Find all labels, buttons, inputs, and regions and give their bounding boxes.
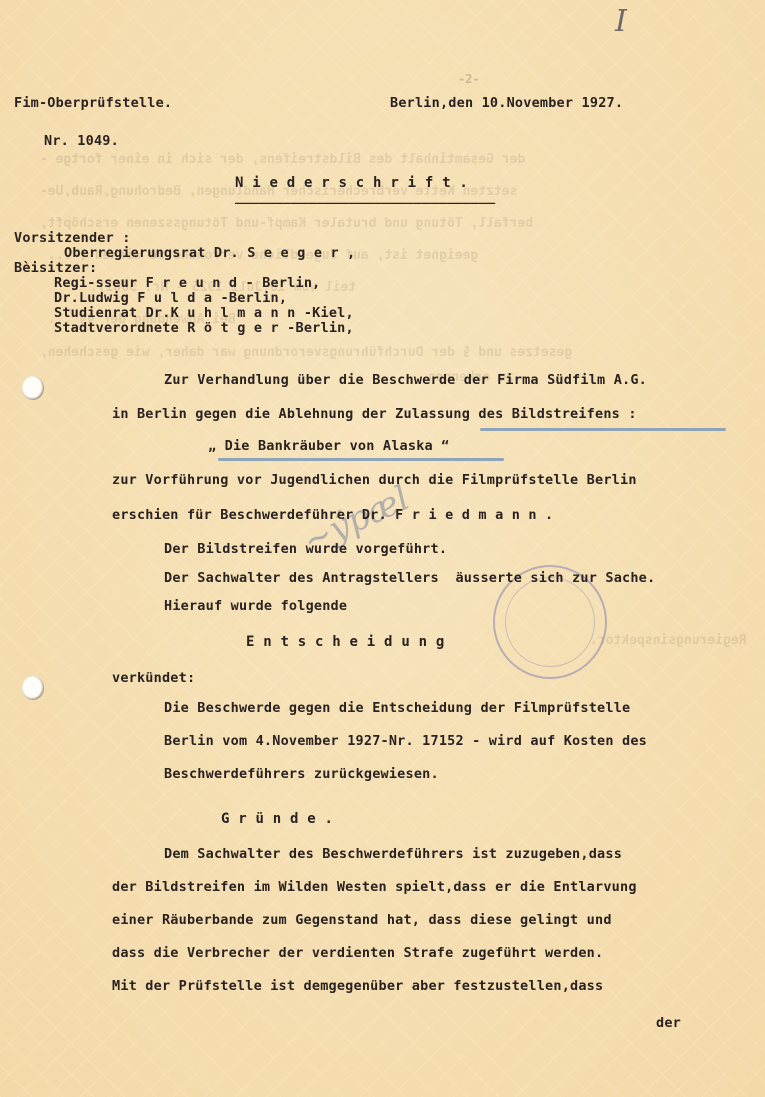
intro-line: erschien für Beschwerdeführer Dr. F r i … — [112, 507, 553, 523]
announced-label: verkündet: — [112, 670, 195, 686]
reasons-line: dass die Verbrecher der verdienten Straf… — [112, 945, 603, 961]
blue-pencil-underline — [480, 428, 726, 431]
document-number: Nr. 1049. — [44, 133, 119, 149]
punch-hole-icon — [22, 376, 44, 400]
faint-page-number: -2- — [458, 72, 480, 86]
pencil-page-marker: I — [615, 4, 627, 39]
place-date: Berlin,den 10.November 1927. — [390, 95, 623, 111]
intro-line: zur Vorführung vor Jugendlichen durch di… — [112, 472, 637, 488]
assessor-item: Dr.Ludwig F u l d a -Berlin, — [54, 291, 287, 306]
bleed-through-line: Regierungsinspektor. — [590, 633, 747, 648]
assessor-item: Stadtverordnete R ö t g e r -Berlin, — [54, 321, 354, 336]
bleed-through-line: berfall, Tötung und brutaler Kampf-und T… — [40, 216, 533, 231]
office-name: Fim-Oberprüfstelle. — [14, 95, 172, 111]
assessor-item: Studienrat Dr.K u h l m a n n -Kiel, — [54, 306, 354, 321]
bleed-through-line: gesetzes und § der Durchführungsverordnu… — [40, 345, 572, 360]
decision-line: Beschwerdeführers zurückgewiesen. — [164, 766, 439, 782]
decision-heading: E n t s c h e i d u n g — [246, 634, 444, 650]
intro-line: Zur Verhandlung über die Beschwerde der … — [164, 372, 647, 388]
punch-hole-icon — [22, 676, 44, 700]
assessors-label: Bèisitzer: — [14, 261, 97, 276]
bleed-through-line: der Gesamtinhalt des Bildstreifens, der … — [40, 152, 525, 167]
reasons-line: der Bildstreifen im Wilden Westen spielt… — [112, 879, 637, 895]
reasons-heading: G r ü n d e . — [221, 811, 333, 827]
intro-line: in Berlin gegen die Ablehnung der Zulass… — [112, 406, 637, 422]
decision-line: Die Beschwerde gegen die Entscheidung de… — [164, 700, 630, 716]
reasons-line: einer Räuberbande zum Gegenstand hat, da… — [112, 912, 612, 928]
advocate-statement: Der Sachwalter des Antragstellers äusser… — [164, 570, 655, 586]
chair-label: Vorsitzender : — [14, 231, 131, 246]
then-statement: Hierauf wurde folgende — [164, 598, 347, 614]
screened-statement: Der Bildstreifen wurde vorgeführt. — [164, 541, 447, 557]
decision-line: Berlin vom 4.November 1927-Nr. 17152 - w… — [164, 733, 647, 749]
blue-pencil-underline — [218, 458, 504, 461]
reasons-line: Mit der Prüfstelle ist demgegenüber aber… — [112, 978, 603, 994]
reasons-line: Dem Sachwalter des Beschwerdeführers ist… — [164, 846, 622, 862]
chair-name: Oberregierungsrat Dr. S e e g e r , — [64, 246, 355, 261]
film-title: „ Die Bankräuber von Alaska “ — [208, 438, 450, 454]
title-underline: ________________________________ — [235, 189, 495, 205]
assessor-item: Regi-sseur F r e u n d - Berlin, — [54, 276, 321, 291]
catchword: der — [656, 1015, 681, 1031]
